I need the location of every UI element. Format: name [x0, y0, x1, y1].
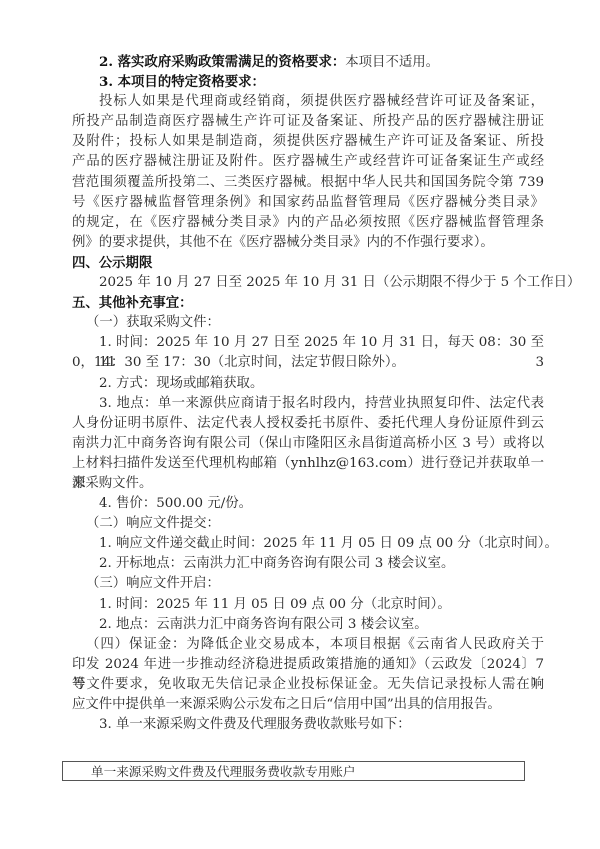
paragraph-line: 产品的医疗器械注册证及附件。医疗器械生产或经营许可证备案证生产或经 — [72, 152, 544, 172]
subsection-heading: （一）获取采购文件： — [72, 313, 544, 333]
paragraph-line: 2. 地点：云南洪力汇中商务咨询有限公司 3 楼会议室。 — [72, 615, 544, 635]
paragraph-line: 投标人如果是代理商或经销商，须提供医疗器械经营许可证及备案证， — [72, 92, 544, 112]
paragraph-line: 3. 地点：单一来源供应商请于报名时段内，持营业执照复印件、法定代表 — [72, 394, 544, 414]
qualification-policy-line: 2. 落实政府采购政策需满足的资格要求：本项目不适用。 — [72, 52, 544, 72]
paragraph-line: 1. 时间：2025 年 11 月 05 日 09 点 00 分（北京时间）。 — [72, 595, 544, 615]
account-table-header: 单一来源采购文件费及代理服务费收款专用账户 — [91, 763, 355, 780]
section-heading-publicity-period: 四、公示期限 — [72, 253, 544, 273]
heading: 3. 本项目的特定资格要求： — [72, 72, 544, 92]
paragraph-line: 所投产品制造商医疗器械生产许可证及备案证、所投产品的医疗器械注册证 — [72, 112, 544, 132]
publicity-period-dates: 2025 年 10 月 27 日至 2025 年 10 月 31 日（公示期限不… — [72, 273, 544, 293]
account-table: 单一来源采购文件费及代理服务费收款专用账户 — [62, 761, 525, 781]
section-heading-other-matters: 五、其他补充事宜： — [72, 293, 544, 313]
paragraph-line: 印发 2024 年进一步推动经济稳进提质政策措施的通知》（云政发〔2024〕7 … — [72, 655, 544, 675]
paragraph-line: 号《医疗器械监督管理条例》和国家药品监督管理局《医疗器械分类目录》 — [72, 193, 544, 213]
paragraph-line: 1. 时间：2025 年 10 月 27 日至 2025 年 10 月 31 日… — [72, 333, 544, 353]
paragraph-line: 源采购文件。 — [72, 474, 544, 494]
paragraph-line: （四）保证金：为降低企业交易成本，本项目根据《云南省人民政府关于 — [72, 635, 544, 655]
paragraph-line: 1. 响应文件递交截止时间：2025 年 11 月 05 日 09 点 00 分… — [72, 534, 544, 554]
price-line: 4. 售价：500.00 元/份。 — [72, 494, 544, 514]
paragraph-line: 例》的要求提供，其他不在《医疗器械分类目录》内的不作强行要求）。 — [72, 233, 544, 253]
paragraph-line: 等文件要求，免收取无失信记录企业投标保证金。无失信记录投标人需在响 — [72, 675, 544, 695]
paragraph-line: 及附件；投标人如果是制造商，须提供医疗器械生产许可证及备案证、所投 — [72, 132, 544, 152]
subsection-heading: （二）响应文件提交： — [72, 514, 544, 534]
paragraph-line: 应文件中提供单一来源采购公示发布之日后“信用中国”出具的信用报告。 — [72, 695, 544, 715]
paragraph-line: 3. 单一来源采购文件费及代理服务费收款账号如下： — [72, 715, 544, 735]
heading: 2. 落实政府采购政策需满足的资格要求： — [99, 54, 345, 70]
paragraph-line: 2. 方式：现场或邮箱获取。 — [72, 374, 544, 394]
document-body: 2. 落实政府采购政策需满足的资格要求：本项目不适用。 3. 本项目的特定资格要… — [72, 52, 544, 735]
subsection-heading: （三）响应文件开启： — [72, 574, 544, 594]
paragraph-line: 2. 开标地点：云南洪力汇中商务咨询有限公司 3 楼会议室。 — [72, 554, 544, 574]
paragraph-line-email: 上材料扫描件发送至代理机构邮箱（ynhlhz@163.com）进行登记并获取单一… — [72, 454, 544, 474]
paragraph-line: 南洪力汇中商务咨询有限公司（保山市隆阳区永昌街道高桥小区 3 号）或将以 — [72, 434, 544, 454]
paragraph-line: 营范围须覆盖所投第二、三类医疗器械。根据中华人民共和国国务院令第 739 — [72, 173, 544, 193]
paragraph-line: 人身份证明书原件、法定代表人授权委托书原件、委托代理人身份证原件到云 — [72, 414, 544, 434]
paragraph-line: 的规定，在《医疗器械分类目录》内的产品必须按照《医疗器械监督管理条 — [72, 213, 544, 233]
